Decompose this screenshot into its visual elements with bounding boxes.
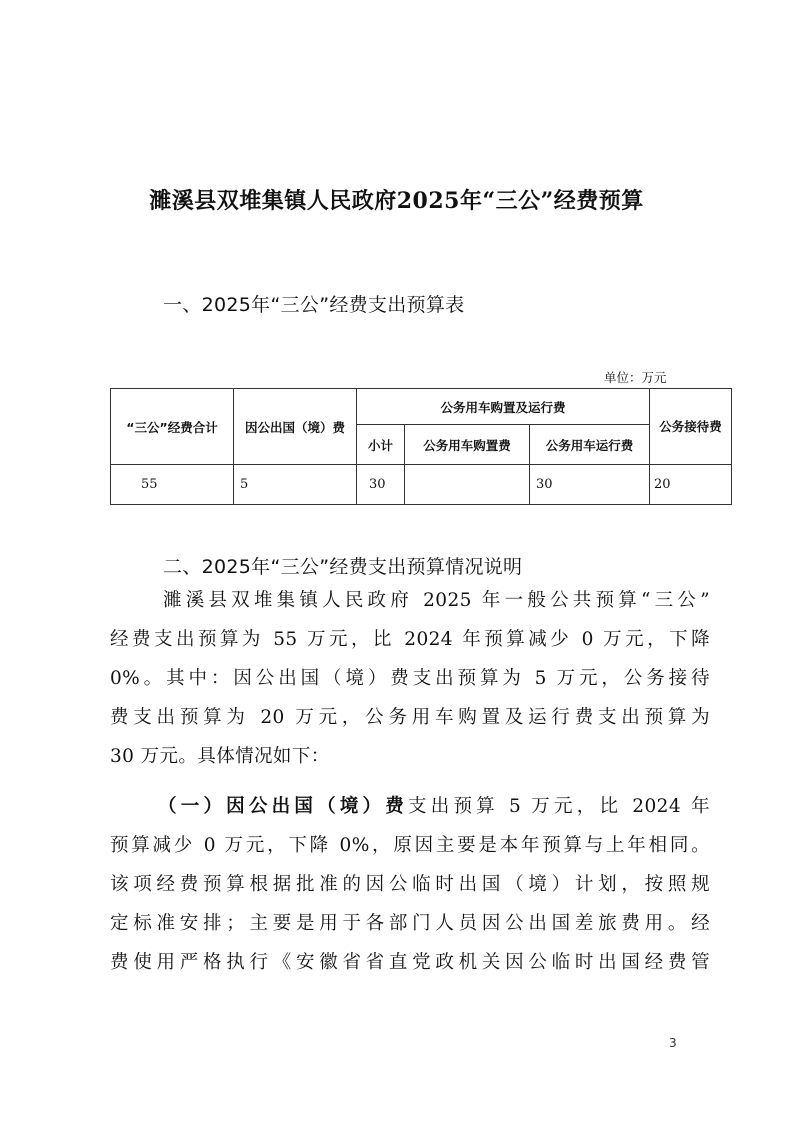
paragraph2-line2: 预算减少 0 万元，下降 0%，原因主要是本年预算与上年相同。: [110, 831, 710, 857]
header-vehicle-purchase: 公务用车购置费: [405, 425, 530, 465]
paragraph1-line4: 费支出预算为 20 万元，公务用车购置及运行费支出预算为: [110, 703, 710, 729]
paragraph1-line1: 濉溪县双堆集镇人民政府 2025 年一般公共预算“三公”: [163, 586, 710, 612]
paragraph2-line5: 费使用严格执行《安徽省省直党政机关因公临时出国经费管: [110, 948, 710, 974]
unit-label: 单位：万元: [604, 368, 667, 386]
cell-overseas: 5: [234, 465, 357, 505]
cell-vehicle-purchase: [405, 465, 530, 505]
document-title: 濉溪县双堆集镇人民政府2025年“三公”经费预算: [0, 184, 793, 215]
cell-total: 55: [111, 465, 234, 505]
header-vehicle-operation: 公务用车运行费: [530, 425, 650, 465]
cell-vehicle-operation: 30: [530, 465, 650, 505]
paragraph2-line4: 定标准安排；主要是用于各部门人员因公出国差旅费用。经: [110, 909, 710, 935]
header-vehicle-group: 公务用车购置及运行费: [357, 389, 650, 425]
paragraph2-line1: （一）因公出国（境）费支出预算 5 万元，比 2024 年: [158, 792, 710, 818]
header-total: “三公”经费合计: [111, 389, 234, 465]
page-number: 3: [669, 1036, 677, 1050]
section-heading-explanation: 二、2025年“三公”经费支出预算情况说明: [163, 552, 522, 579]
budget-table: “三公”经费合计 因公出国（境）费 公务用车购置及运行费 公务接待费 小计 公务…: [110, 388, 732, 505]
paragraph2-line1-rest: 支出预算 5 万元，比 2024 年: [408, 796, 710, 817]
paragraph1-line3: 0%。其中：因公出国（境）费支出预算为 5 万元，公务接待: [110, 664, 710, 690]
header-vehicle-subtotal: 小计: [357, 425, 405, 465]
cell-reception: 20: [650, 465, 732, 505]
paragraph1-line5: 30 万元。具体情况如下：: [110, 742, 710, 768]
paragraph2-line3: 该项经费预算根据批准的因公临时出国（境）计划，按照规: [110, 870, 710, 896]
header-reception: 公务接待费: [650, 389, 732, 465]
section-heading-budget-table: 一、2025年“三公”经费支出预算表: [163, 290, 464, 317]
subsection-heading-overseas: （一）因公出国（境）费: [158, 796, 408, 817]
paragraph1-line2: 经费支出预算为 55 万元，比 2024 年预算减少 0 万元，下降: [110, 625, 710, 651]
header-overseas: 因公出国（境）费: [234, 389, 357, 465]
cell-vehicle-subtotal: 30: [357, 465, 405, 505]
